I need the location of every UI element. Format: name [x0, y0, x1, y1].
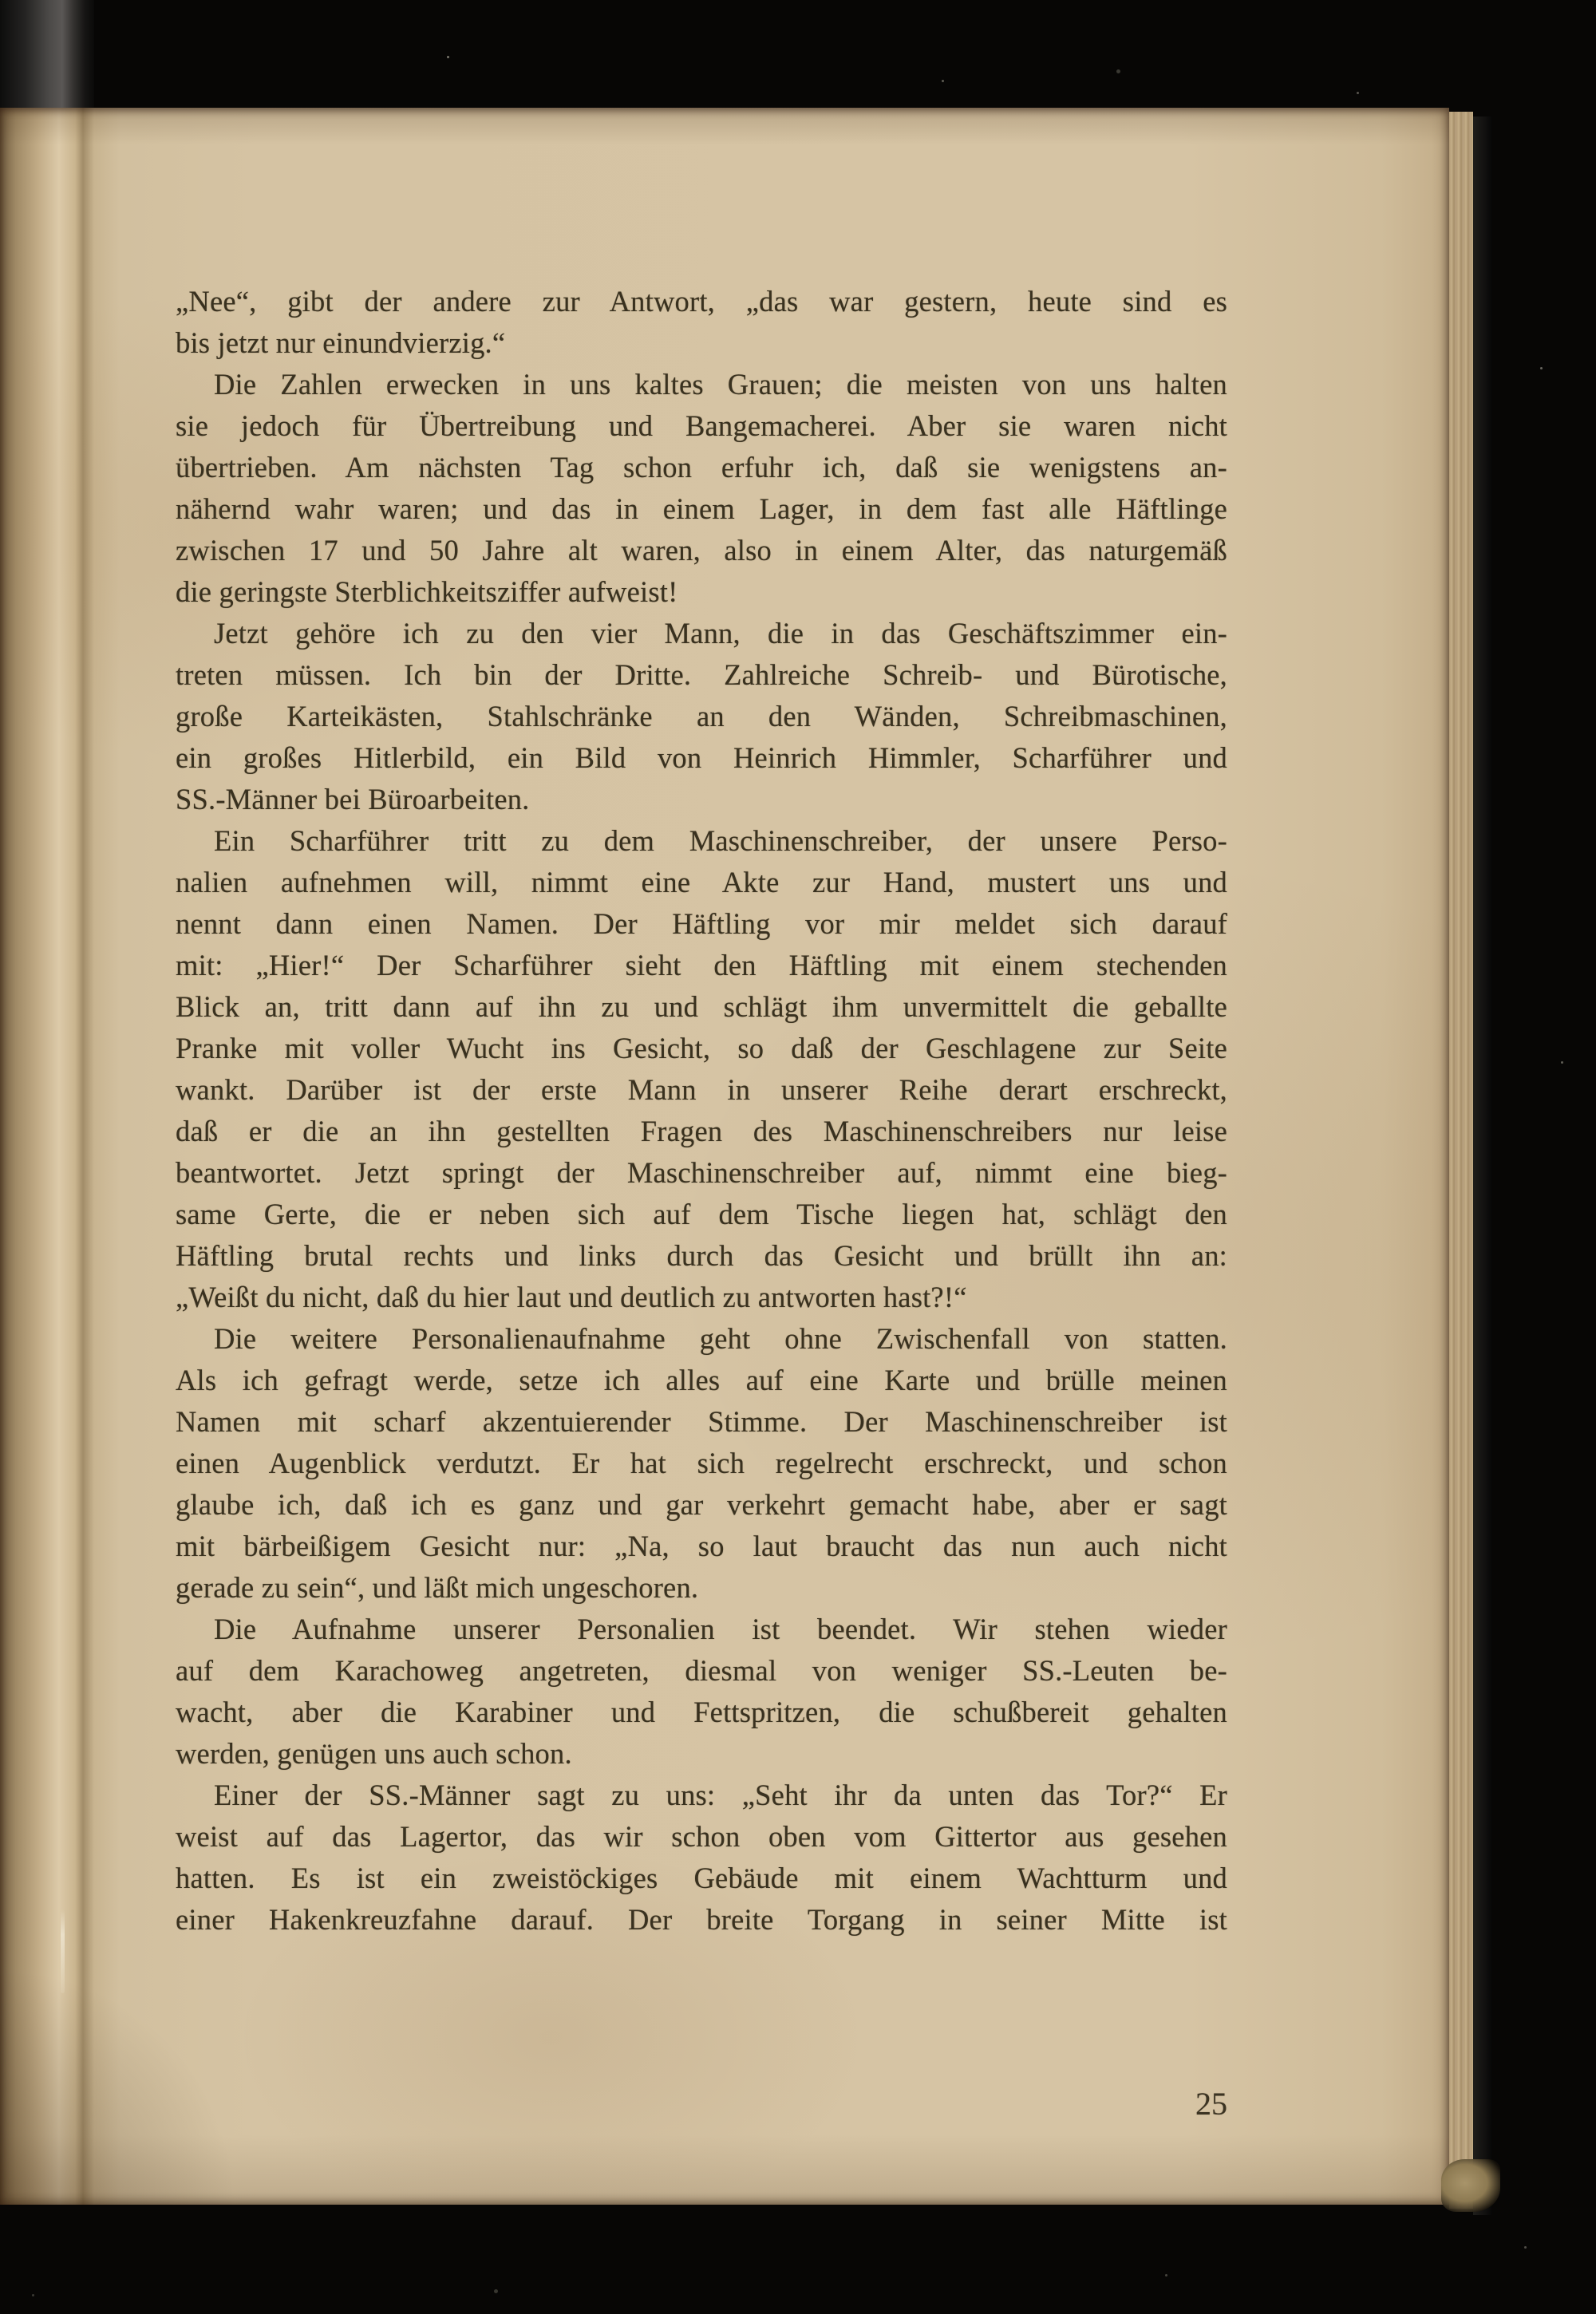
paragraph-5: Die weitere Personalienaufnahme geht ohn…: [176, 1318, 1227, 1609]
text-line: die geringste Sterblichkeitsziffer aufwe…: [176, 571, 1227, 613]
dust-specks: [447, 56, 449, 58]
text-line: glaube ich, daß ich es ganz und gar verk…: [176, 1484, 1227, 1526]
text-line: „Weißt du nicht, daß du hier laut und de…: [176, 1277, 1227, 1318]
book-page: „Nee“, gibt der andere zur Antwort, „das…: [0, 108, 1449, 2205]
text-line: mit bärbeißigem Gesicht nur: „Na, so lau…: [176, 1526, 1227, 1567]
text-line: gerade zu sein“, und läßt mich ungeschor…: [176, 1567, 1227, 1609]
text-line: Die Aufnahme unserer Personalien ist bee…: [176, 1609, 1227, 1650]
page-text: „Nee“, gibt der andere zur Antwort, „das…: [176, 281, 1227, 1941]
paragraph-1: „Nee“, gibt der andere zur Antwort, „das…: [176, 281, 1227, 364]
paragraph-2: Die Zahlen erwecken in uns kaltes Grauen…: [176, 364, 1227, 613]
text-line: Die weitere Personalienaufnahme geht ohn…: [176, 1318, 1227, 1360]
paragraph-3: Jetzt gehöre ich zu den vier Mann, die i…: [176, 613, 1227, 820]
text-line: Häftling brutal rechts und links durch d…: [176, 1235, 1227, 1277]
text-line: „Nee“, gibt der andere zur Antwort, „das…: [176, 281, 1227, 322]
text-line: hatten. Es ist ein zweistöckiges Gebäude…: [176, 1858, 1227, 1899]
text-line: nähernd wahr waren; und das in einem Lag…: [176, 488, 1227, 530]
text-line: Einer der SS.-Männer sagt zu uns: „Seht …: [176, 1775, 1227, 1816]
text-line: übertrieben. Am nächsten Tag schon erfuh…: [176, 447, 1227, 488]
text-line: mit: „Hier!“ Der Scharführer sieht den H…: [176, 945, 1227, 986]
text-line: Ein Scharführer tritt zu dem Maschinensc…: [176, 820, 1227, 862]
text-line: einen Augenblick verdutzt. Er hat sich r…: [176, 1443, 1227, 1484]
page-number: 25: [176, 2085, 1227, 2122]
text-line: sie jedoch für Übertreibung und Bangemac…: [176, 405, 1227, 447]
book-scan: „Nee“, gibt der andere zur Antwort, „das…: [0, 0, 1596, 2314]
text-line: Namen mit scharf akzentuierender Stimme.…: [176, 1401, 1227, 1443]
text-line: nennt dann einen Namen. Der Häftling vor…: [176, 903, 1227, 945]
text-line: große Karteikästen, Stahlschränke an den…: [176, 696, 1227, 737]
gutter-scratch-mark: [61, 1909, 65, 1993]
worn-cover-corner: [1441, 2159, 1500, 2212]
text-line: wankt. Darüber ist der erste Mann in uns…: [176, 1069, 1227, 1111]
text-line: same Gerte, die er neben sich auf dem Ti…: [176, 1194, 1227, 1235]
text-line: nalien aufnehmen will, nimmt eine Akte z…: [176, 862, 1227, 903]
text-line: werden, genügen uns auch schon.: [176, 1733, 1227, 1775]
text-line: Die Zahlen erwecken in uns kaltes Grauen…: [176, 364, 1227, 405]
text-line: zwischen 17 und 50 Jahre alt waren, also…: [176, 530, 1227, 571]
text-line: ein großes Hitlerbild, ein Bild von Hein…: [176, 737, 1227, 779]
text-line: daß er die an ihn gestellten Fragen des …: [176, 1111, 1227, 1152]
book-spine: [0, 0, 94, 113]
text-line: auf dem Karachoweg angetreten, diesmal v…: [176, 1650, 1227, 1692]
text-line: Als ich gefragt werde, setze ich alles a…: [176, 1360, 1227, 1401]
text-line: treten müssen. Ich bin der Dritte. Zahlr…: [176, 654, 1227, 696]
text-line: Jetzt gehöre ich zu den vier Mann, die i…: [176, 613, 1227, 654]
text-line: Blick an, tritt dann auf ihn zu und schl…: [176, 986, 1227, 1028]
text-line: SS.-Männer bei Büroarbeiten.: [176, 779, 1227, 820]
paragraph-6: Die Aufnahme unserer Personalien ist bee…: [176, 1609, 1227, 1775]
paragraph-7: Einer der SS.-Männer sagt zu uns: „Seht …: [176, 1775, 1227, 1941]
text-line: Pranke mit voller Wucht ins Gesicht, so …: [176, 1028, 1227, 1069]
text-line: weist auf das Lagertor, das wir schon ob…: [176, 1816, 1227, 1858]
page-stack-edge: [1449, 112, 1473, 2209]
paragraph-4: Ein Scharführer tritt zu dem Maschinensc…: [176, 820, 1227, 1318]
text-line: wacht, aber die Karabiner und Fettspritz…: [176, 1692, 1227, 1733]
book-cover-edge: [1473, 116, 1492, 2215]
text-line: beantwortet. Jetzt springt der Maschinen…: [176, 1152, 1227, 1194]
text-line: bis jetzt nur einundvierzig.“: [176, 322, 1227, 364]
text-line: einer Hakenkreuzfahne darauf. Der breite…: [176, 1899, 1227, 1941]
